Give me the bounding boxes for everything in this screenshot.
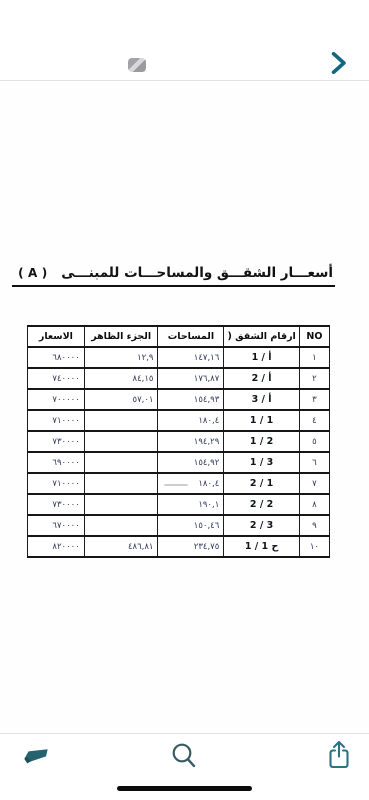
- cell-visible_part: [84, 473, 158, 494]
- table-row: ٩2 / 3١٥٠,٤٦٦٧٠٠٠٠: [28, 515, 330, 536]
- column-header-no: NO: [299, 326, 329, 347]
- cell-price: ٧٣٠٠٠٠: [28, 494, 85, 515]
- cell-no: ١٠: [299, 536, 329, 557]
- cell-area: ١٨٠,٤: [158, 473, 224, 494]
- cell-apartment: 1 / 1 ح: [224, 536, 300, 557]
- document-title-block: أسعـــار الشقـــق والمساحـــات للمبنـــى…: [12, 262, 335, 287]
- cell-area: ١٩٠,١: [158, 494, 224, 515]
- cell-no: ٩: [299, 515, 329, 536]
- cell-apartment: 1 / 3: [224, 452, 300, 473]
- home-indicator[interactable]: [117, 786, 252, 791]
- cell-apartment: أ / 3: [224, 389, 300, 410]
- document-title: أسعـــار الشقـــق والمساحـــات للمبنـــى…: [12, 265, 335, 287]
- table-row: ١٠1 / 1 ح٢٣٤,٧٥٤٨٦,٨١٨٢٠٠٠٠: [28, 536, 330, 557]
- table-row: ٥1 / 2١٩٤,٢٩٧٣٠٠٠٠: [28, 431, 330, 452]
- column-header-visible_part: الجزء الظاهر: [84, 326, 158, 347]
- price-table-body: ١أ / 1١٤٧,١٦١٢,٩٦٨٠٠٠٠٢أ / 2١٧٦,٨٧٨٤,١٥٧…: [28, 347, 330, 557]
- cell-price: ٦٧٠٠٠٠: [28, 515, 85, 536]
- cell-apartment: 2 / 2: [224, 494, 300, 515]
- search-icon: [169, 759, 199, 774]
- cell-area: ٢٣٤,٧٥: [158, 536, 224, 557]
- cell-apartment: 2 / 1: [224, 473, 300, 494]
- screen: أسعـــار الشقـــق والمساحـــات للمبنـــى…: [0, 0, 369, 800]
- column-header-price: الاسعار: [28, 326, 85, 347]
- column-header-apartment: ارقام الشقق ( A ): [224, 326, 300, 347]
- table-row: ٦1 / 3١٥٤,٩٢٦٩٠٠٠٠: [28, 452, 330, 473]
- cell-visible_part: ٨٤,١٥: [84, 368, 158, 389]
- photo-thumbnail-icon: [128, 58, 146, 72]
- cell-visible_part: [84, 410, 158, 431]
- next-photo-button[interactable]: [323, 48, 355, 80]
- cell-price: ٧٤٠٠٠٠: [28, 368, 85, 389]
- cell-visible_part: [84, 494, 158, 515]
- cell-price: ٨٢٠٠٠٠: [28, 536, 85, 557]
- cell-visible_part: [84, 431, 158, 452]
- column-header-area: المساحات: [158, 326, 224, 347]
- cell-visible_part: ٤٨٦,٨١: [84, 536, 158, 557]
- cell-no: ١: [299, 347, 329, 368]
- table-row: ٤1 / 1١٨٠,٤٧١٠٠٠٠: [28, 410, 330, 431]
- cell-no: ٦: [299, 452, 329, 473]
- cell-no: ٧: [299, 473, 329, 494]
- cell-no: ٥: [299, 431, 329, 452]
- ink-smudge: [164, 484, 188, 486]
- cell-apartment: أ / 1: [224, 347, 300, 368]
- search-button[interactable]: [166, 740, 202, 774]
- cell-price: ٧١٠٠٠٠: [28, 410, 85, 431]
- title-text: أسعـــار الشقـــق والمساحـــات للمبنـــى: [61, 265, 333, 281]
- document-photo: أسعـــار الشقـــق والمساحـــات للمبنـــى…: [0, 82, 369, 733]
- cell-area: ١٥٠,٤٦: [158, 515, 224, 536]
- chevron-right-icon: [328, 64, 350, 79]
- bottom-toolbar: [0, 733, 369, 800]
- table-row: ٧2 / 1١٨٠,٤٧١٠٠٠٠: [28, 473, 330, 494]
- price-table-header: NOارقام الشقق ( A )المساحاتالجزء الظاهرا…: [28, 326, 330, 347]
- table-row: ٢أ / 2١٧٦,٨٧٨٤,١٥٧٤٠٠٠٠: [28, 368, 330, 389]
- cell-area: ١٥٤,٩٣: [158, 389, 224, 410]
- cell-price: ٧٠٠٠٠٠: [28, 389, 85, 410]
- cell-no: ٢: [299, 368, 329, 389]
- table-row: ٣أ / 3١٥٤,٩٣٥٧,٠١٧٠٠٠٠٠: [28, 389, 330, 410]
- cell-no: ٨: [299, 494, 329, 515]
- cell-area: ١٨٠,٤: [158, 410, 224, 431]
- cell-no: ٣: [299, 389, 329, 410]
- top-nav-bar: [0, 0, 369, 81]
- cell-apartment: أ / 2: [224, 368, 300, 389]
- markup-button[interactable]: [18, 742, 54, 776]
- cell-price: ٧٣٠٠٠٠: [28, 431, 85, 452]
- cell-area: ١٧٦,٨٧: [158, 368, 224, 389]
- cell-apartment: 1 / 1: [224, 410, 300, 431]
- price-table: NOارقام الشقق ( A )المساحاتالجزء الظاهرا…: [27, 325, 330, 558]
- cell-area: ١٥٤,٩٢: [158, 452, 224, 473]
- cell-visible_part: ١٢,٩: [84, 347, 158, 368]
- title-building-label: ( A ): [18, 266, 47, 280]
- cell-price: ٦٨٠٠٠٠: [28, 347, 85, 368]
- cell-visible_part: [84, 452, 158, 473]
- cell-no: ٤: [299, 410, 329, 431]
- cell-area: ١٤٧,١٦: [158, 347, 224, 368]
- cell-area: ١٩٤,٢٩: [158, 431, 224, 452]
- table-row: ١أ / 1١٤٧,١٦١٢,٩٦٨٠٠٠٠: [28, 347, 330, 368]
- cell-apartment: 2 / 3: [224, 515, 300, 536]
- cell-visible_part: [84, 515, 158, 536]
- cell-price: ٧١٠٠٠٠: [28, 473, 85, 494]
- cell-price: ٦٩٠٠٠٠: [28, 452, 85, 473]
- marker-pen-icon: [21, 758, 51, 773]
- table-row: ٨2 / 2١٩٠,١٧٣٠٠٠٠: [28, 494, 330, 515]
- share-icon: [322, 760, 356, 775]
- share-button[interactable]: [321, 738, 357, 772]
- cell-apartment: 1 / 2: [224, 431, 300, 452]
- cell-visible_part: ٥٧,٠١: [84, 389, 158, 410]
